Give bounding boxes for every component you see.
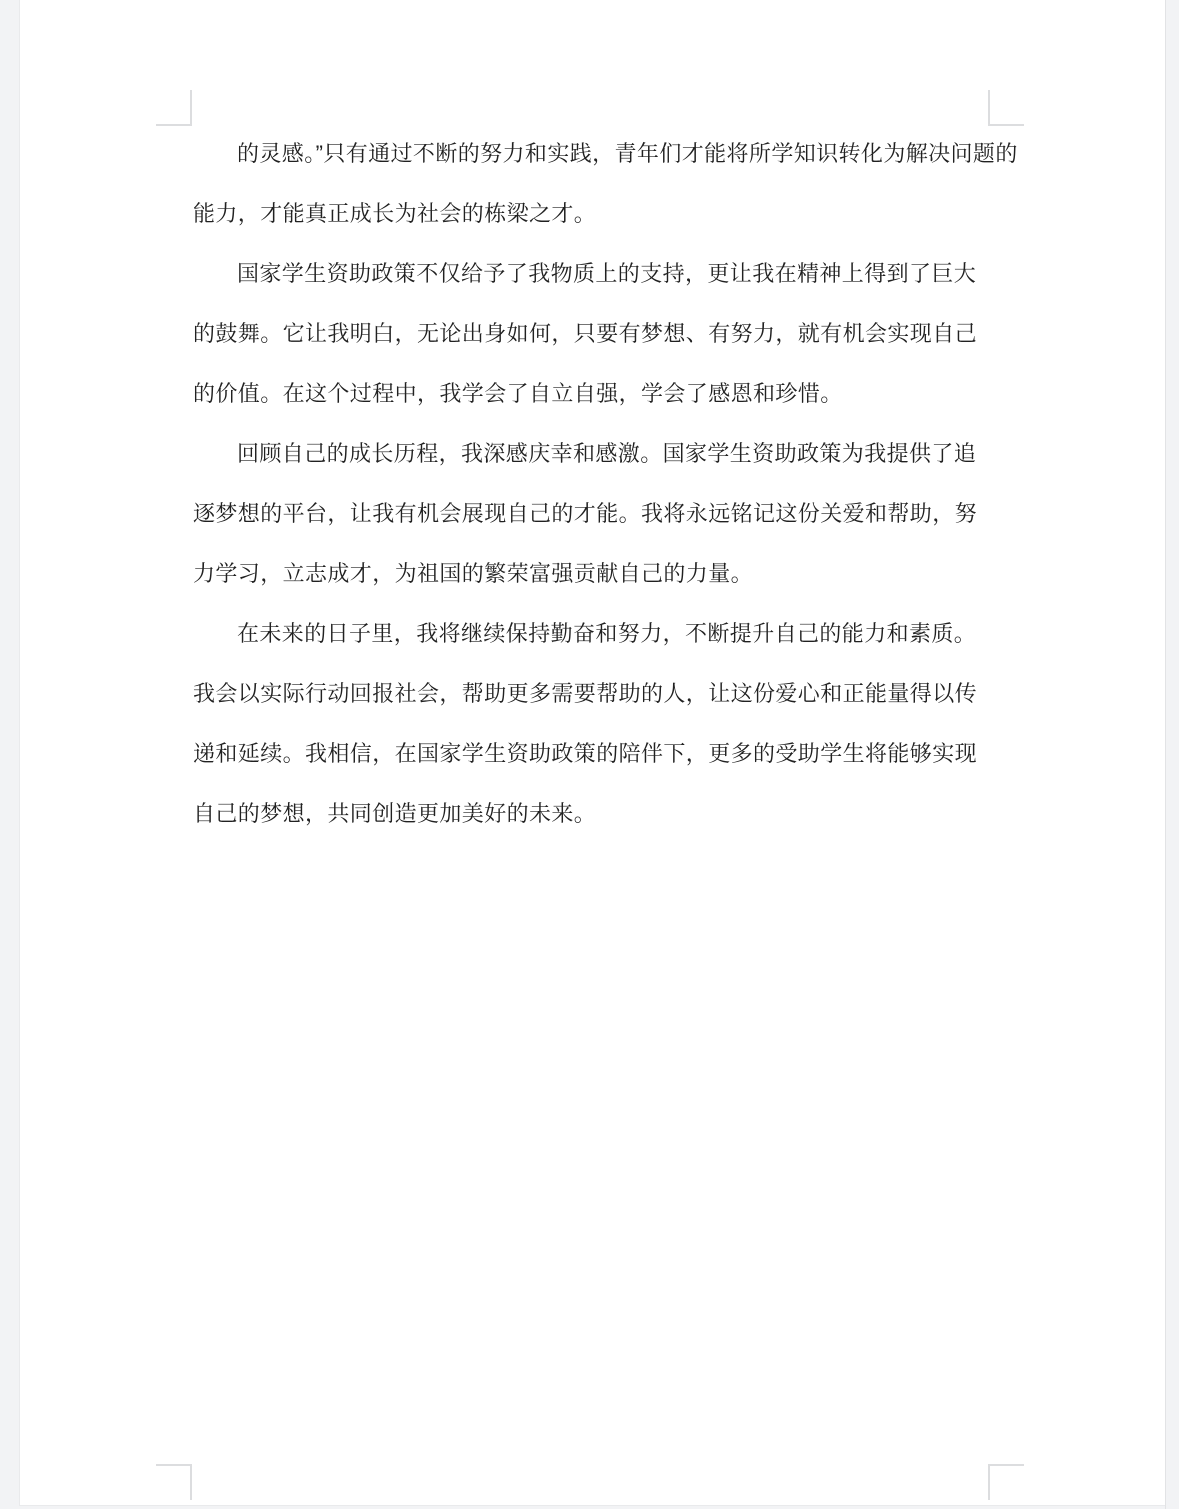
- crop-mark-bottom-right-icon: [988, 1464, 1024, 1500]
- text-line[interactable]: 力学习，立志成才，为祖国的繁荣富强贡献自己的力量。: [193, 544, 990, 604]
- crop-mark-top-right-icon: [988, 90, 1024, 126]
- text-line[interactable]: 逐梦想的平台，让我有机会展现自己的才能。我将永远铭记这份关爱和帮助，努: [193, 484, 990, 544]
- text-line[interactable]: 回顾自己的成长历程，我深感庆幸和感激。国家学生资助政策为我提供了追: [193, 424, 990, 484]
- document-viewer: 的灵感。”只有通过不断的努力和实践，青年们才能将所学知识转化为解决问题的能力，才…: [0, 0, 1179, 1509]
- text-line[interactable]: 能力，才能真正成长为社会的栋梁之才。: [193, 184, 990, 244]
- canvas-margin-right: [1165, 0, 1179, 1509]
- text-line[interactable]: 在未来的日子里，我将继续保持勤奋和努力，不断提升自己的能力和素质。: [193, 604, 990, 664]
- canvas-margin-left: [0, 0, 20, 1509]
- text-line[interactable]: 自己的梦想，共同创造更加美好的未来。: [193, 784, 990, 844]
- text-line[interactable]: 的鼓舞。它让我明白，无论出身如何，只要有梦想、有努力，就有机会实现自己: [193, 304, 990, 364]
- canvas-margin-bottom: [19, 1505, 1165, 1509]
- text-line[interactable]: 国家学生资助政策不仅给予了我物质上的支持，更让我在精神上得到了巨大: [193, 244, 990, 304]
- crop-mark-top-left-icon: [156, 90, 192, 126]
- text-line[interactable]: 递和延续。我相信，在国家学生资助政策的陪伴下，更多的受助学生将能够实现: [193, 724, 990, 784]
- text-line[interactable]: 我会以实际行动回报社会，帮助更多需要帮助的人，让这份爱心和正能量得以传: [193, 664, 990, 724]
- text-line[interactable]: 的价值。在这个过程中，我学会了自立自强，学会了感恩和珍惜。: [193, 364, 990, 424]
- text-line[interactable]: 的灵感。”只有通过不断的努力和实践，青年们才能将所学知识转化为解决问题的: [193, 124, 990, 184]
- crop-mark-bottom-left-icon: [156, 1464, 192, 1500]
- body-text[interactable]: 的灵感。”只有通过不断的努力和实践，青年们才能将所学知识转化为解决问题的能力，才…: [193, 124, 990, 844]
